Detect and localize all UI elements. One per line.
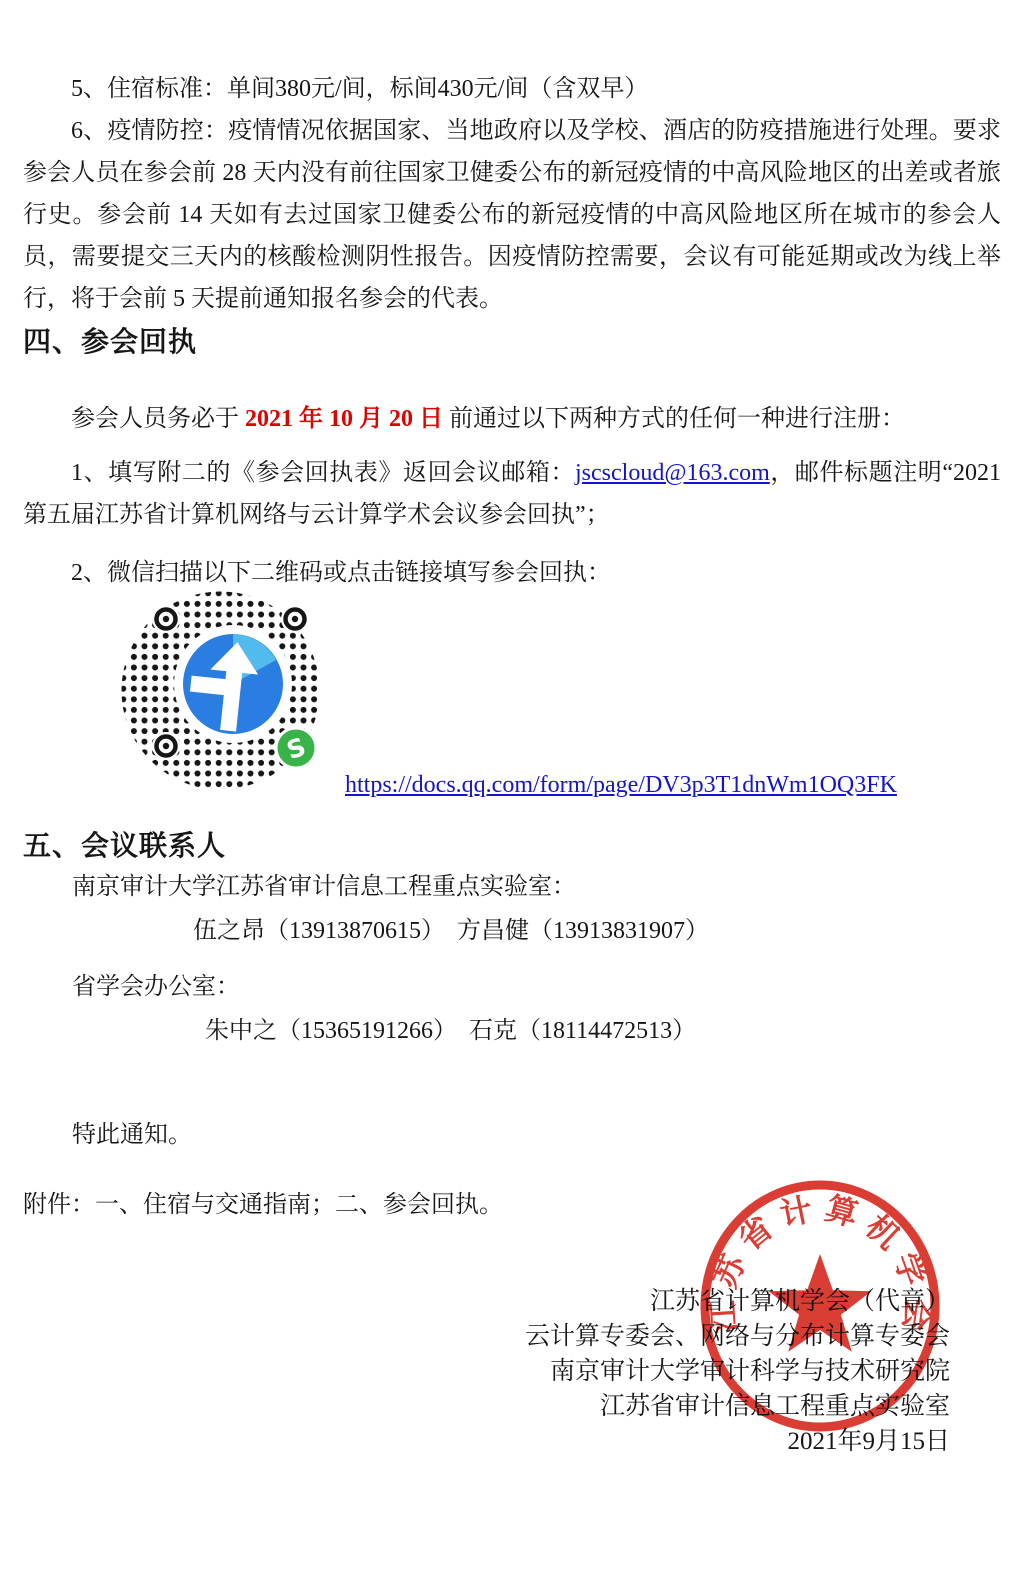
contact-office-title: 省学会办公室： xyxy=(72,972,240,1002)
miniprogram-badge-icon: S xyxy=(276,728,316,768)
form-link[interactable]: https://docs.qq.com/form/page/DV3p3T1dnW… xyxy=(345,772,897,798)
para-epidemic-control: 6、疫情防控：疫情情况依据国家、当地政府以及学校、酒店的防疫措施进行处理。要求参… xyxy=(23,110,1001,320)
wechat-qr-code-image: S xyxy=(118,588,323,793)
notice-statement: 特此通知。 xyxy=(72,1120,192,1150)
section-heading-reply: 四、参会回执 xyxy=(23,326,197,360)
signature-line: 江苏省计算机学会（代章） xyxy=(525,1284,950,1319)
qr-eye-bottom-left xyxy=(152,732,180,760)
signature-line: 江苏省审计信息工程重点实验室 xyxy=(525,1389,950,1424)
contact-lab-title: 南京审计大学江苏省审计信息工程重点实验室： xyxy=(72,872,576,902)
wechat-qr-code: S xyxy=(118,588,323,793)
signature-line: 南京审计大学审计科学与技术研究院 xyxy=(525,1354,950,1389)
attachments-line: 附件：一、住宿与交通指南；二、参会回执。 xyxy=(23,1190,503,1220)
signature-line: 云计算专委会、网络与分布计算专委会 xyxy=(525,1319,950,1354)
form-link-line: https://docs.qq.com/form/page/DV3p3T1dnW… xyxy=(345,769,897,801)
qr-eye-top-right xyxy=(281,605,309,633)
signature-block: 江苏省计算机学会（代章） 云计算专委会、网络与分布计算专委会 南京审计大学审计科… xyxy=(525,1284,950,1459)
deadline-date: 2021 年 10 月 20 日 xyxy=(245,406,443,432)
tencent-docs-logo xyxy=(174,625,292,743)
deadline-prefix: 参会人员务必于 xyxy=(71,406,245,432)
contact-lab-people: 伍之昂（13913870615） 方昌健（13913831907） xyxy=(193,916,709,946)
para-method-email: 1、填写附二的《参会回执表》返回会议邮箱：jscscloud@163.com，邮… xyxy=(23,452,1001,536)
para-accommodation: 5、住宿标准：单间380元/间，标间430元/间（含双早） xyxy=(23,68,1001,110)
qr-eye-top-left xyxy=(152,605,180,633)
method1-prefix: 1、填写附二的《参会回执表》返回会议邮箱： xyxy=(71,460,575,486)
section-heading-contacts: 五、会议联系人 xyxy=(23,830,226,864)
signature-date: 2021年9月15日 xyxy=(525,1424,950,1459)
para-registration-deadline: 参会人员务必于 2021 年 10 月 20 日 前通过以下两种方式的任何一种进… xyxy=(23,398,1001,440)
contact-office-people: 朱中之（15365191266） 石克（18114472513） xyxy=(205,1016,696,1046)
email-link[interactable]: jscscloud@163.com xyxy=(575,460,770,486)
deadline-suffix: 前通过以下两种方式的任何一种进行注册： xyxy=(443,406,905,432)
